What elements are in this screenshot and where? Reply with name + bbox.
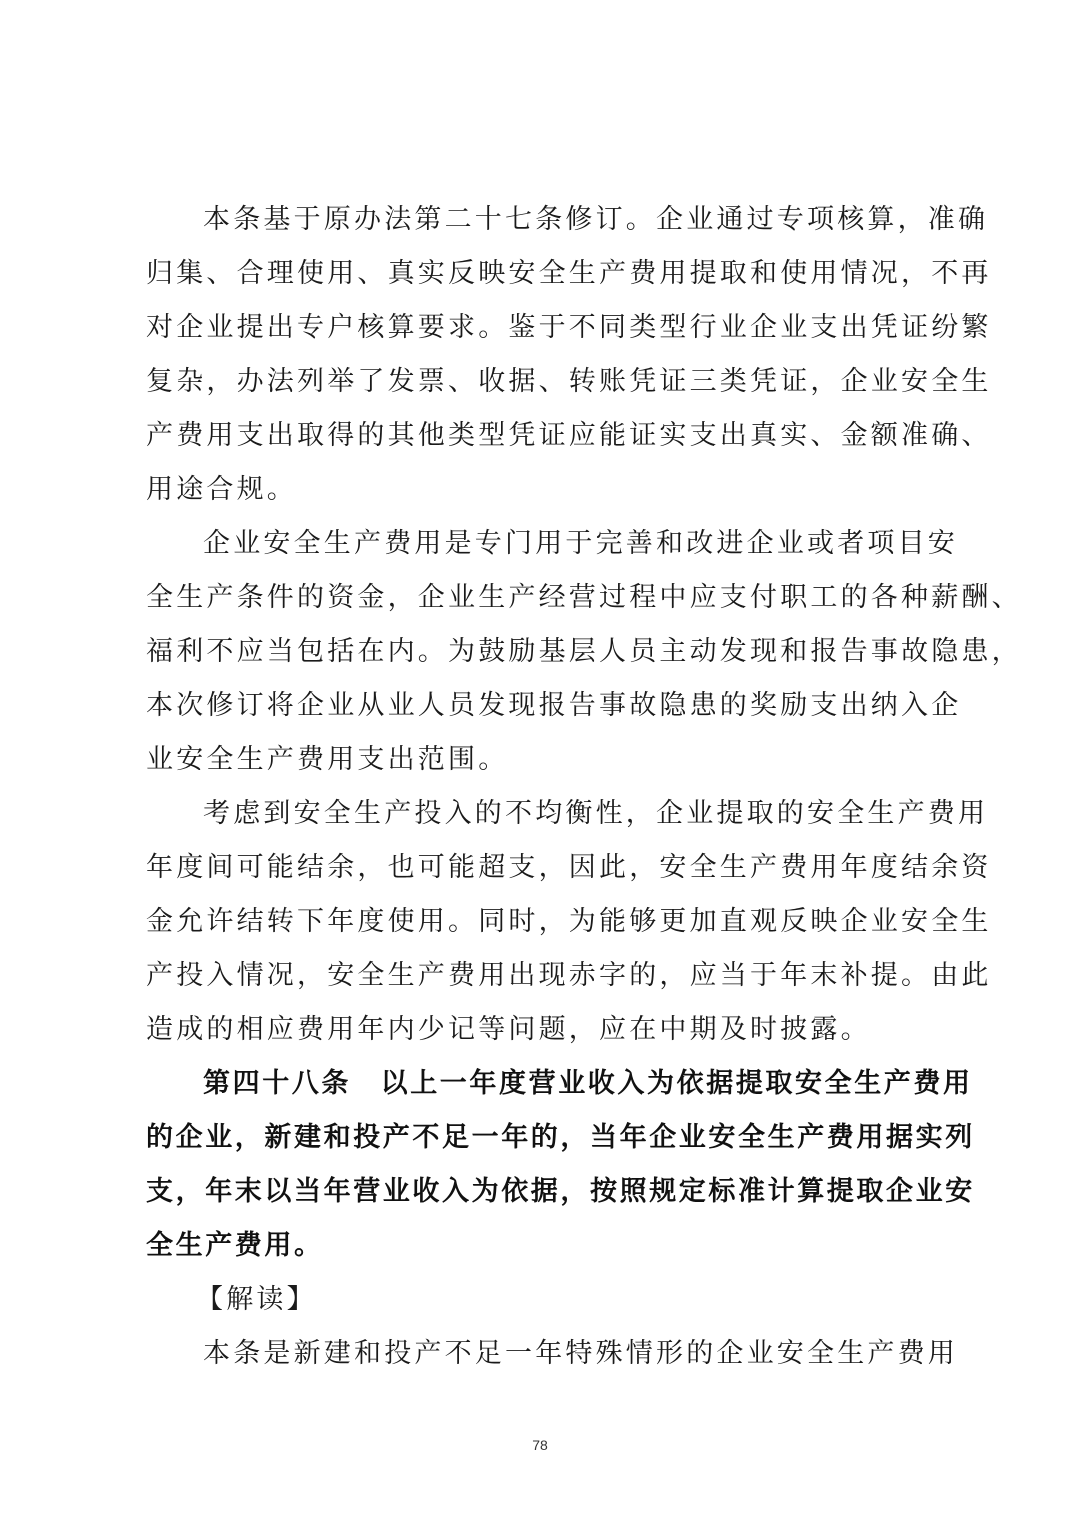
article-48-line-3: 支，年末以当年营业收入为依据，按照规定标准计算提取企业安 <box>146 1165 946 1219</box>
paragraph-2-line-3: 福利不应当包括在内。为鼓励基层人员主动发现和报告事故隐患， <box>146 625 946 679</box>
paragraph-2-line-1: 企业安全生产费用是专门用于完善和改进企业或者项目安 <box>203 517 946 571</box>
document-page: 本条基于原办法第二十七条修订。企业通过专项核算，准确 归集、合理使用、真实反映安… <box>0 0 1080 1527</box>
article-48-line-2: 的企业，新建和投产不足一年的，当年企业安全生产费用据实列 <box>146 1111 946 1165</box>
paragraph-2-line-4: 本次修订将企业从业人员发现报告事故隐患的奖励支出纳入企 <box>146 679 946 733</box>
paragraph-3-line-5: 造成的相应费用年内少记等问题，应在中期及时披露。 <box>146 1003 946 1057</box>
interpretation-heading: 【解读】 <box>196 1273 939 1327</box>
paragraph-3-line-1: 考虑到安全生产投入的不均衡性，企业提取的安全生产费用 <box>203 787 946 841</box>
page-number: 78 <box>0 1437 1080 1453</box>
paragraph-2-line-2: 全生产条件的资金，企业生产经营过程中应支付职工的各种薪酬、 <box>146 571 946 625</box>
article-48-line-1: 第四十八条 以上一年度营业收入为依据提取安全生产费用 <box>203 1057 946 1111</box>
paragraph-1-line-6: 用途合规。 <box>146 463 946 517</box>
paragraph-1-line-2: 归集、合理使用、真实反映安全生产费用提取和使用情况，不再 <box>146 247 946 301</box>
paragraph-1-line-5: 产费用支出取得的其他类型凭证应能证实支出真实、金额准确、 <box>146 409 946 463</box>
article-48-line-4: 全生产费用。 <box>146 1219 946 1273</box>
paragraph-5-line-1: 本条是新建和投产不足一年特殊情形的企业安全生产费用 <box>203 1327 946 1381</box>
paragraph-1-line-4: 复杂，办法列举了发票、收据、转账凭证三类凭证，企业安全生 <box>146 355 946 409</box>
paragraph-3-line-3: 金允许结转下年度使用。同时，为能够更加直观反映企业安全生 <box>146 895 946 949</box>
paragraph-1-line-1: 本条基于原办法第二十七条修订。企业通过专项核算，准确 <box>203 193 946 247</box>
paragraph-2-line-5: 业安全生产费用支出范围。 <box>146 733 946 787</box>
paragraph-3-line-4: 产投入情况，安全生产费用出现赤字的，应当于年末补提。由此 <box>146 949 946 1003</box>
paragraph-1-line-3: 对企业提出专户核算要求。鉴于不同类型行业企业支出凭证纷繁 <box>146 301 946 355</box>
paragraph-3-line-2: 年度间可能结余，也可能超支，因此，安全生产费用年度结余资 <box>146 841 946 895</box>
